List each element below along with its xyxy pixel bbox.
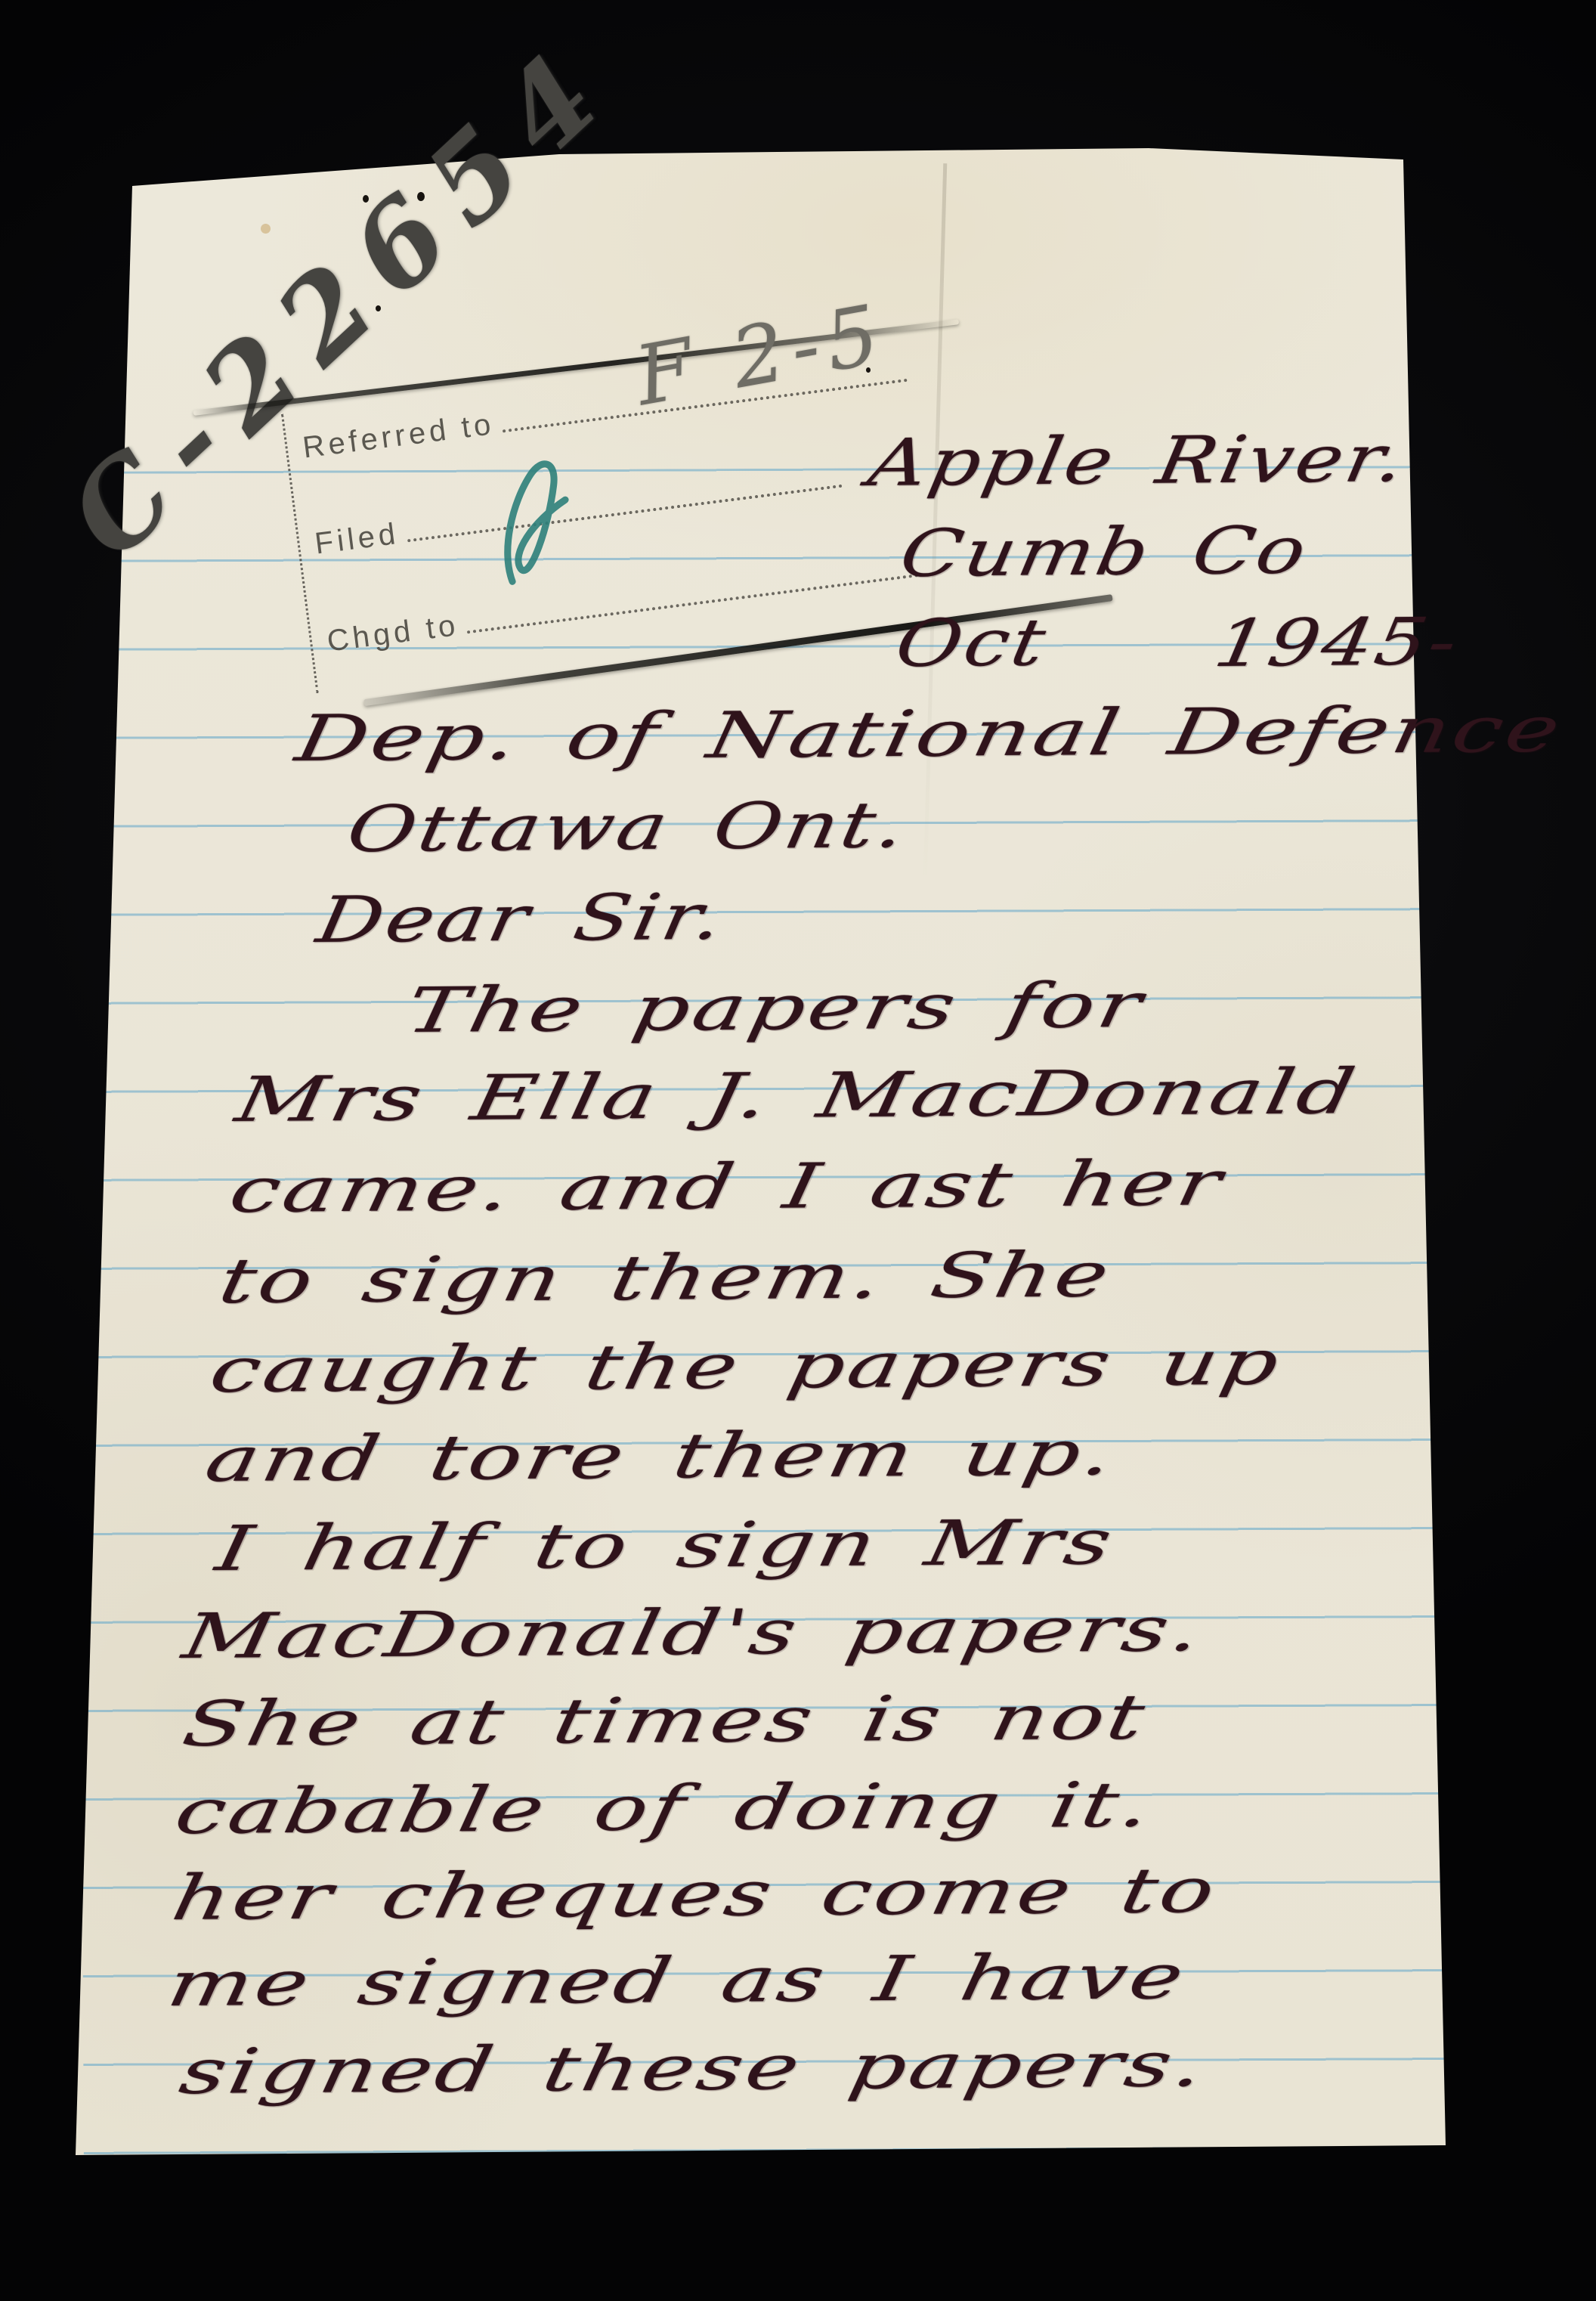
handwritten-line: cabable of doing it. [170, 1769, 1158, 1848]
handwritten-line: me signed as I have [162, 1941, 1192, 2021]
handwritten-line: Ottawa Ont. [342, 788, 914, 866]
document-photo: C-22654 Referred to Filed Chgd to F 2-5 … [0, 0, 1596, 2301]
handwritten-line: Dep. of National Defence [290, 692, 1568, 775]
handwritten-line: She at times is not [178, 1682, 1153, 1761]
handwritten-line: caught the papers up [205, 1327, 1287, 1407]
handwritten-line: MacDonald's papers. [178, 1593, 1209, 1673]
handwritten-line: Dear Sir. [311, 880, 731, 957]
handwritten-line: Mrs Ella J. MacDonald [230, 1056, 1363, 1136]
handwritten-line: came. and I ast her [224, 1147, 1229, 1227]
handwritten-line: The papers for [401, 970, 1150, 1047]
handwritten-line: I half to sign Mrs [211, 1507, 1120, 1585]
handwritten-line: Cumb Co [895, 513, 1314, 592]
handwritten-line: 1945- [1209, 604, 1465, 682]
handwriting-layer: Apple River.Cumb CoOct1945-Dep. of Natio… [0, 0, 1596, 2301]
handwritten-line: signed these papers. [175, 2029, 1212, 2108]
handwritten-line: Oct [890, 605, 1053, 682]
handwritten-line: her cheques come to [167, 1855, 1223, 1934]
handwritten-line: and tore them up. [200, 1417, 1121, 1496]
handwritten-line: to sign them. She [214, 1239, 1118, 1318]
handwritten-line: Apple River. [863, 421, 1413, 501]
